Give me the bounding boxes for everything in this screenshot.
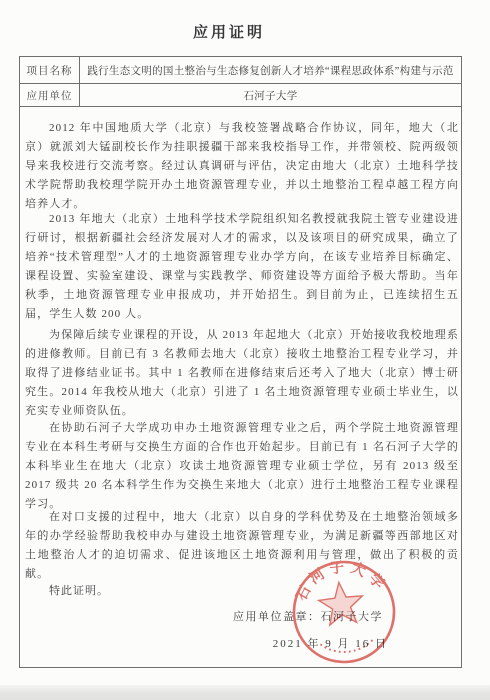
body-paragraph-1: 2012 年中国地质大学（北京）与我校签署战略合作协议，同年，地大（北京）就派刘… xyxy=(25,119,459,214)
project-name-label: 项目名称 xyxy=(20,57,80,83)
body-paragraph-5: 在对口支援的过程中，地大（北京）以自身的学科优势及在土地整治领域多年的办学经验帮… xyxy=(25,508,459,584)
document-page: 应用证明 项目名称 践行生态文明的国土整治与生态修复创新人才培养“课程思政体系”… xyxy=(0,0,490,700)
project-name-value: 践行生态文明的国土整治与生态修复创新人才培养“课程思政体系”构建与示范 xyxy=(80,57,461,83)
seal-serial-dots xyxy=(320,639,374,655)
applicant-label: 应用单位 xyxy=(20,84,80,106)
body-paragraph-4: 在协助石河子大学成功申办土地资源管理专业之后，两个学院土地资源管理专业在本科生考… xyxy=(25,419,459,514)
applicant-value: 石河子大学 xyxy=(80,84,461,106)
body-paragraph-3: 为保障后续专业课程的开设，从 2013 年起地大（北京）开始接收我校地理系的进修… xyxy=(25,326,459,421)
project-name-row: 项目名称 践行生态文明的国土整治与生态修复创新人才培养“课程思政体系”构建与示范 xyxy=(20,57,461,84)
scan-edge-shadow xyxy=(0,685,490,700)
seal-star-icon xyxy=(317,580,365,626)
body-paragraph-2: 2013 年地大（北京）土地科学技术学院组织知名教授就我院土管专业建设进行研讨，… xyxy=(25,210,459,324)
university-seal-icon: 石河子大学 xyxy=(286,554,402,670)
applicant-row: 应用单位 石河子大学 xyxy=(20,84,461,107)
document-title: 应用证明 xyxy=(0,21,458,42)
closing-statement: 特此证明。 xyxy=(25,582,109,598)
